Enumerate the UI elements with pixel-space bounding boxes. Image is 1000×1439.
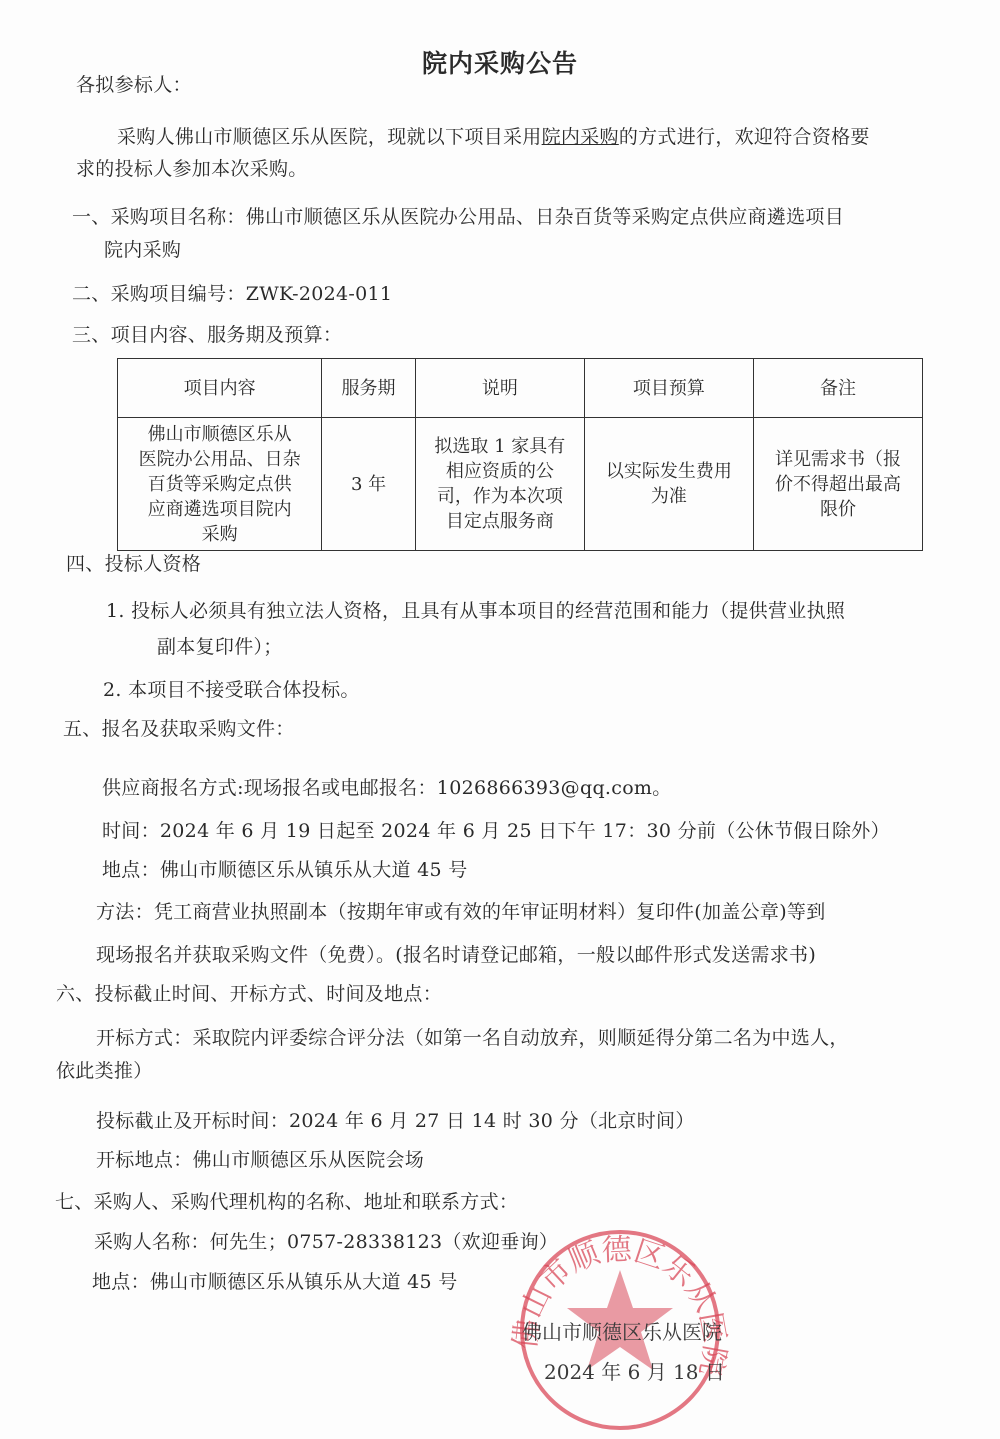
section-4-heading: 四、投标人资格 bbox=[66, 551, 201, 577]
signup-method-detail: 方法：凭工商营业执照副本（按期年审或有效的年审证明材料）复印件(加盖公章)等到 bbox=[96, 899, 826, 925]
signup-time: 时间：2024 年 6 月 19 日起至 2024 年 6 月 25 日下午 1… bbox=[102, 818, 890, 844]
intro-text-a: 采购人佛山市顺德区乐从医院，现就以下项目采用 bbox=[117, 126, 542, 148]
intro-text-b: 的方式进行，欢迎符合资格要 bbox=[619, 126, 870, 148]
section-1-project-name: 一、采购项目名称：佛山市顺德区乐从医院办公用品、日杂百货等采购定点供应商遴选项目 bbox=[72, 204, 844, 230]
signature-date: 2024 年 6 月 18 日 bbox=[544, 1356, 725, 1385]
col-header-note: 说明 bbox=[415, 359, 584, 418]
col-header-content: 项目内容 bbox=[118, 359, 322, 418]
cell-line: 司，作为本次项 bbox=[422, 484, 578, 509]
cell-line: 价不得超出最高 bbox=[760, 472, 916, 497]
bid-opening-venue: 开标地点：佛山市顺德区乐从医院会场 bbox=[96, 1147, 424, 1173]
section-7-heading: 七、采购人、采购代理机构的名称、地址和联系方式： bbox=[55, 1189, 518, 1215]
cell-line: 为准 bbox=[591, 484, 747, 509]
cell-line: 拟选取 1 家具有 bbox=[422, 434, 578, 459]
section-2-project-number: 二、采购项目编号：ZWK-2024-011 bbox=[72, 281, 392, 307]
signup-method-detail-cont: 现场报名并获取采购文件（免费）。(报名时请登记邮箱，一般以邮件形式发送需求书) bbox=[96, 942, 816, 968]
qualification-item-1-cont: 副本复印件）； bbox=[157, 634, 283, 660]
section-6-heading: 六、投标截止时间、开标方式、时间及地点： bbox=[56, 981, 442, 1007]
cell-line: 百货等采购定点供 bbox=[124, 472, 315, 497]
procurement-method-underlined: 院内采购 bbox=[542, 126, 619, 148]
cell-line: 佛山市顺德区乐从 bbox=[124, 422, 315, 447]
col-header-budget: 项目预算 bbox=[584, 359, 753, 418]
signature-org: 佛山市顺德区乐从医院 bbox=[522, 1316, 722, 1345]
cell-line: 医院办公用品、日杂 bbox=[124, 447, 315, 472]
qualification-item-1: 1. 投标人必须具有独立法人资格，且具有从事本项目的经营范围和能力（提供营业执照 bbox=[106, 598, 845, 624]
section-5-heading: 五、报名及获取采购文件： bbox=[63, 716, 295, 742]
cell-remark: 详见需求书（报 价不得超出最高 限价 bbox=[753, 418, 922, 551]
cell-note: 拟选取 1 家具有 相应资质的公 司，作为本次项 目定点服务商 bbox=[415, 418, 584, 551]
signup-method: 供应商报名方式:现场报名或电邮报名：1026866393@qq.com。 bbox=[102, 775, 672, 801]
table-header-row: 项目内容 服务期 说明 项目预算 备注 bbox=[118, 359, 923, 418]
cell-line: 目定点服务商 bbox=[422, 509, 578, 534]
intro-line-2: 求的投标人参加本次采购。 bbox=[76, 156, 308, 182]
intro-line-1: 采购人佛山市顺德区乐从医院，现就以下项目采用院内采购的方式进行，欢迎符合资格要 bbox=[117, 124, 870, 150]
cell-line: 详见需求书（报 bbox=[760, 447, 916, 472]
document-page: 院内采购公告 各拟参标人： 采购人佛山市顺德区乐从医院，现就以下项目采用院内采购… bbox=[0, 0, 1000, 1439]
signup-place: 地点：佛山市顺德区乐从镇乐从大道 45 号 bbox=[102, 857, 468, 883]
col-header-period: 服务期 bbox=[322, 359, 416, 418]
bid-opening-method-cont: 依此类推） bbox=[56, 1058, 153, 1084]
section-1-project-name-cont: 院内采购 bbox=[104, 237, 181, 263]
cell-line: 以实际发生费用 bbox=[591, 459, 747, 484]
purchaser-address: 地点：佛山市顺德区乐从镇乐从大道 45 号 bbox=[92, 1269, 458, 1295]
bid-deadline: 投标截止及开标时间：2024 年 6 月 27 日 14 时 30 分（北京时间… bbox=[96, 1108, 695, 1134]
bid-opening-method: 开标方式：采取院内评委综合评分法（如第一名自动放弃，则顺延得分第二名为中选人， bbox=[96, 1025, 849, 1051]
cell-content: 佛山市顺德区乐从 医院办公用品、日杂 百货等采购定点供 应商遴选项目院内 采购 bbox=[118, 418, 322, 551]
cell-line: 采购 bbox=[124, 522, 315, 547]
salutation: 各拟参标人： bbox=[76, 72, 192, 98]
qualification-item-2: 2. 本项目不接受联合体投标。 bbox=[103, 677, 360, 703]
section-3-heading: 三、项目内容、服务期及预算： bbox=[72, 322, 342, 348]
purchaser-contact: 采购人名称：何先生；0757-28338123（欢迎垂询） bbox=[94, 1229, 558, 1255]
cell-period: 3 年 bbox=[322, 418, 416, 551]
cell-budget: 以实际发生费用 为准 bbox=[584, 418, 753, 551]
table-row: 佛山市顺德区乐从 医院办公用品、日杂 百货等采购定点供 应商遴选项目院内 采购 … bbox=[118, 418, 923, 551]
cell-line: 限价 bbox=[760, 497, 916, 522]
col-header-remark: 备注 bbox=[753, 359, 922, 418]
project-table: 项目内容 服务期 说明 项目预算 备注 佛山市顺德区乐从 医院办公用品、日杂 百… bbox=[117, 358, 923, 551]
cell-line: 应商遴选项目院内 bbox=[124, 497, 315, 522]
cell-line: 相应资质的公 bbox=[422, 459, 578, 484]
